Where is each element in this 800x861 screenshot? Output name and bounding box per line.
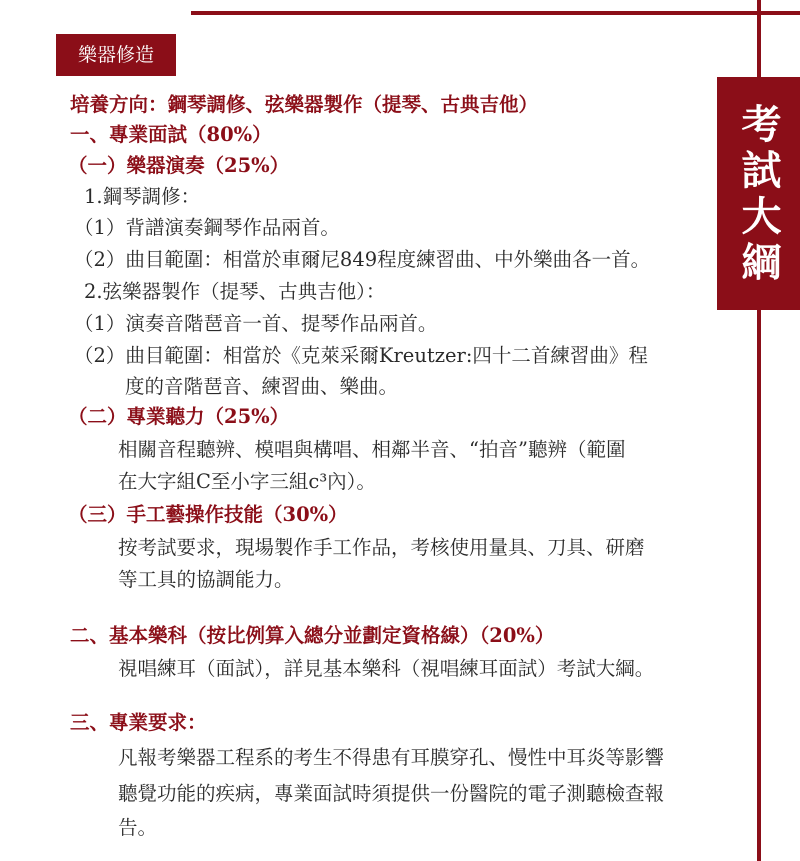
training-direction: 培養方向：鋼琴調修、弦樂器製作（提琴、古典吉他） <box>70 92 538 118</box>
banner-char: 綱 <box>736 240 782 286</box>
section-2-title: 二、基本樂科（按比例算入總分並劃定資格線）（20%） <box>70 623 554 649</box>
subsection-3-line-1: 按考試要求，現場製作手工作品，考核使用量具、刀具、研磨 <box>118 535 645 561</box>
banner-char: 大 <box>736 194 782 240</box>
item-2-point-2-line-2: 度的音階琶音、練習曲、樂曲。 <box>125 374 398 400</box>
banner-char: 試 <box>736 148 782 194</box>
subsection-3-title: （三）手工藝操作技能（30%） <box>68 502 348 528</box>
category-tag: 樂器修造 <box>56 34 176 76</box>
section-1-title: 一、專業面試（80%） <box>70 122 272 148</box>
exam-outline-banner: 考 試 大 綱 <box>717 77 800 310</box>
item-1-point-2: （2）曲目範圍：相當於車爾尼849程度練習曲、中外樂曲各一首。 <box>74 247 650 273</box>
subsection-2-line-2: 在大字組C至小字三組c³內）。 <box>118 469 376 495</box>
subsection-2-line-1: 相關音程聽辨、模唱與構唱、相鄰半音、“拍音”聽辨（範圍 <box>118 437 625 463</box>
subsection-3-line-2: 等工具的協調能力。 <box>118 567 294 593</box>
section-3-line-2: 聽覺功能的疾病，專業面試時須提供一份醫院的電子測聽檢查報 <box>118 781 664 807</box>
item-2-point-1: （1）演奏音階琶音一首、提琴作品兩首。 <box>74 311 437 337</box>
section-2-line-1: 視唱練耳（面試），詳見基本樂科（視唱練耳面試）考試大綱。 <box>118 656 654 682</box>
section-3-line-3: 告。 <box>118 815 157 841</box>
subsection-1-title: （一）樂器演奏（25%） <box>68 153 289 179</box>
top-divider-line <box>191 11 800 15</box>
item-1-title: 1.鋼琴調修： <box>84 184 200 210</box>
item-2-point-2-line-1: （2）曲目範圍：相當於《克萊采爾Kreutzer:四十二首練習曲》程 <box>74 343 648 369</box>
banner-char: 考 <box>736 102 782 148</box>
section-3-line-1: 凡報考樂器工程系的考生不得患有耳膜穿孔、慢性中耳炎等影響 <box>118 745 664 771</box>
item-1-point-1: （1）背譜演奏鋼琴作品兩首。 <box>74 215 340 241</box>
section-3-title: 三、專業要求： <box>70 710 207 736</box>
item-2-title: 2.弦樂器製作（提琴、古典吉他）： <box>84 279 385 305</box>
subsection-2-title: （二）專業聽力（25%） <box>68 404 289 430</box>
